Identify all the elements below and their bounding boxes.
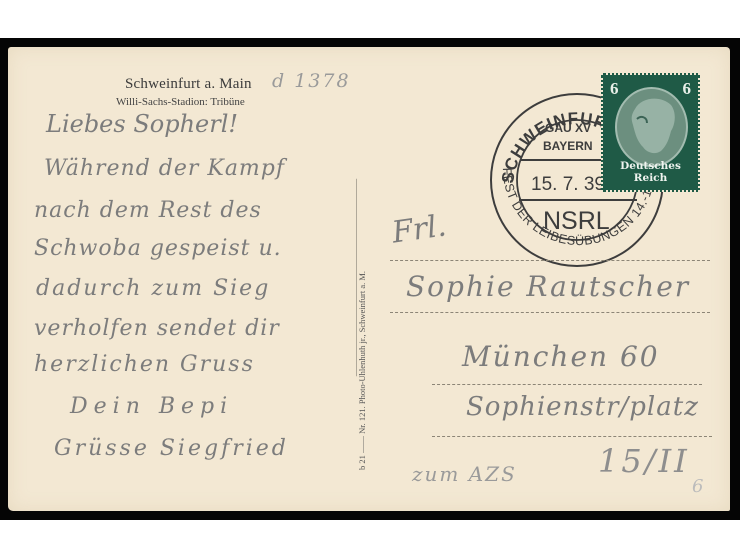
message-line: nach dem Rest des — [34, 198, 262, 223]
address-street: Sophienstr/platz — [466, 392, 699, 422]
pencil-note-right: 15/II — [598, 442, 690, 480]
pencil-reference: d 1378 — [272, 70, 351, 92]
postmark-line1: GAU XV — [545, 121, 591, 135]
postcard-title: Schweinfurt a. Main — [125, 76, 252, 93]
message-line: dadurch zum Sieg — [36, 276, 270, 301]
message-line: Grüsse Siegfried — [54, 436, 289, 461]
pencil-note-extra: 6 — [692, 476, 703, 497]
pencil-note-left: zum AZS — [412, 462, 517, 486]
stamp-inscription: Deutsches Reich — [603, 160, 698, 184]
postmark-line2: BAYERN — [543, 139, 593, 153]
address-name: Sophie Rautscher — [406, 270, 690, 303]
address-salutation: Frl. — [390, 208, 449, 250]
postage-stamp: 6 6 Deutsches Reich — [601, 73, 700, 192]
message-line: Während der Kampf — [44, 156, 285, 181]
message-line: herzlichen Gruss — [34, 352, 255, 377]
postmark-date: 15. 7. 39. — [531, 174, 610, 195]
message-line: Dein Bepi — [70, 394, 233, 419]
address-line-1 — [390, 260, 710, 261]
address-line-4 — [432, 436, 712, 437]
postcard-subtitle: Willi-Sachs-Stadion: Tribüne — [116, 96, 245, 108]
message-line: Liebes Sopherl! — [46, 110, 238, 138]
publisher-imprint: b 21 —— Nr. 121. Photo-Uhlenhuth jr., Sc… — [357, 271, 367, 470]
message-line: verholfen sendet dir — [34, 316, 280, 341]
address-line-2 — [390, 312, 710, 313]
address-line-3 — [432, 384, 702, 385]
message-line: Schwoba gespeist u. — [34, 236, 282, 261]
stamp-portrait-icon — [615, 87, 688, 167]
address-city: München 60 — [462, 340, 660, 373]
